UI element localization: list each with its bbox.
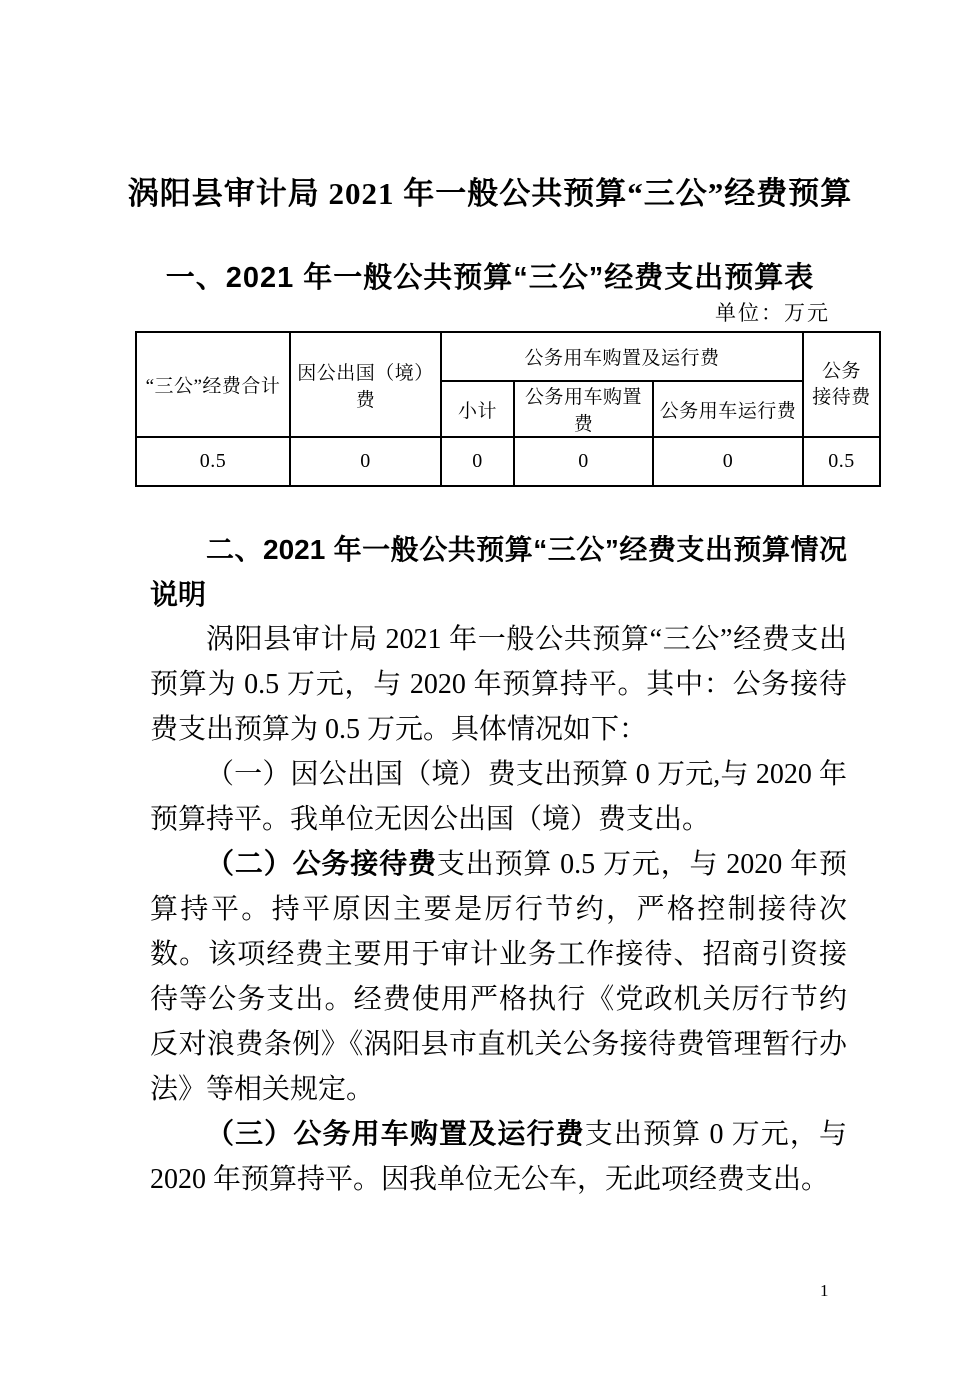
section2-body: 二、2021 年一般公共预算“三公”经费支出预算情况说明 涡阳县审计局 2021… xyxy=(150,527,847,1202)
section1-heading: 一、2021 年一般公共预算“三公”经费支出预算表 xyxy=(0,255,980,296)
table-header-reception-line1: 公务 xyxy=(806,359,877,385)
cell-reception: 0.5 xyxy=(803,437,880,486)
document-title: 涡阳县审计局 2021 年一般公共预算“三公”经费预算 xyxy=(0,168,980,213)
table-header-reception: 公务 接待费 xyxy=(803,332,880,437)
table-header-total: “三公”经费合计 xyxy=(136,332,290,437)
body-paragraph: （三）公务用车购置及运行费支出预算 0 万元，与 2020 年预算持平。因我单位… xyxy=(150,1112,847,1202)
body-paragraph: （一）因公出国（境）费支出预算 0 万元,与 2020 年预算持平。我单位无因公… xyxy=(150,752,847,842)
table-header-vehicle-group: 公务用车购置及运行费 xyxy=(441,332,803,381)
unit-label: 单位：万元 xyxy=(715,297,830,327)
page-number: 1 xyxy=(820,1281,829,1301)
cell-total: 0.5 xyxy=(136,437,290,486)
table-header-subtotal: 小计 xyxy=(441,381,514,437)
cell-purchase: 0 xyxy=(514,437,653,486)
table-row: 0.5 0 0 0 0 0.5 xyxy=(136,437,880,486)
table-header-reception-line2: 接待费 xyxy=(806,385,877,411)
body-paragraph: 涡阳县审计局 2021 年一般公共预算“三公”经费支出预算为 0.5 万元，与 … xyxy=(150,617,847,752)
section2-paragraphs: 涡阳县审计局 2021 年一般公共预算“三公”经费支出预算为 0.5 万元，与 … xyxy=(150,617,847,1202)
document-page: 涡阳县审计局 2021 年一般公共预算“三公”经费预算 一、2021 年一般公共… xyxy=(0,0,980,1386)
budget-table: “三公”经费合计 因公出国（境）费 公务用车购置及运行费 公务 接待费 小计 公… xyxy=(135,331,881,487)
cell-subtotal: 0 xyxy=(441,437,514,486)
cell-abroad: 0 xyxy=(290,437,441,486)
table-header-operation: 公务用车运行费 xyxy=(653,381,803,437)
table-header-abroad: 因公出国（境）费 xyxy=(290,332,441,437)
section2-heading: 二、2021 年一般公共预算“三公”经费支出预算情况说明 xyxy=(150,527,847,617)
cell-operation: 0 xyxy=(653,437,803,486)
table-header-purchase: 公务用车购置费 xyxy=(514,381,653,437)
body-paragraph: （二）公务接待费支出预算 0.5 万元，与 2020 年预算持平。持平原因主要是… xyxy=(150,842,847,1112)
